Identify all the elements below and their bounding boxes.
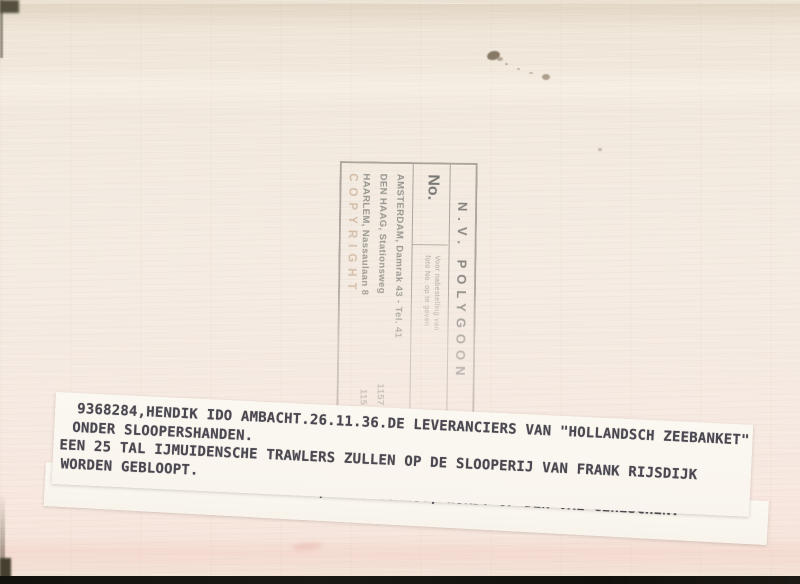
stamp-company-name: N.V. POLYGOON: [446, 165, 476, 419]
ink-speck: [497, 57, 503, 61]
scan-edge-bottom: [0, 576, 800, 584]
ink-speck: [505, 63, 508, 65]
address-phone: 115: [354, 389, 371, 406]
ink-speck: [598, 148, 602, 151]
ink-speck: [529, 72, 533, 74]
address-phone: 1157: [371, 383, 388, 405]
address-text: AMSTERDAM, Damrak 43 - Tel. 41: [389, 174, 408, 339]
paper-pink-band: [0, 536, 800, 572]
pink-smudge: [292, 542, 322, 552]
stamp-number-row: No. Voor nabestelling van foto No. op te…: [409, 164, 449, 418]
stamp-reorder-note: Voor nabestelling van foto No. op te gev…: [410, 245, 447, 418]
stamp-address-amsterdam: AMSTERDAM, Damrak 43 - Tel. 41: [388, 174, 408, 406]
scan-edge-left: [0, 0, 3, 58]
paper-shade-band-top: [0, 4, 800, 30]
photo-back-scan: N.V. POLYGOON No. Voor nabestelling van …: [0, 0, 800, 584]
address-text: DEN HAAG, Stationsweg: [373, 174, 392, 295]
stamp-copyright: COPYRIGHT: [342, 173, 362, 296]
stamp-address-den-haag: DEN HAAG, Stationsweg 1157: [371, 174, 391, 406]
ink-speck: [542, 74, 550, 80]
stamp-address-block: AMSTERDAM, Damrak 43 - Tel. 41 DEN HAAG,…: [354, 163, 412, 418]
ink-speck: [517, 68, 520, 70]
scan-edge-top: [0, 0, 800, 4]
paper-light-band: [0, 64, 800, 110]
polygoon-stamp: N.V. POLYGOON No. Voor nabestelling van …: [336, 161, 478, 421]
stamp-no-label: No.: [413, 164, 449, 245]
